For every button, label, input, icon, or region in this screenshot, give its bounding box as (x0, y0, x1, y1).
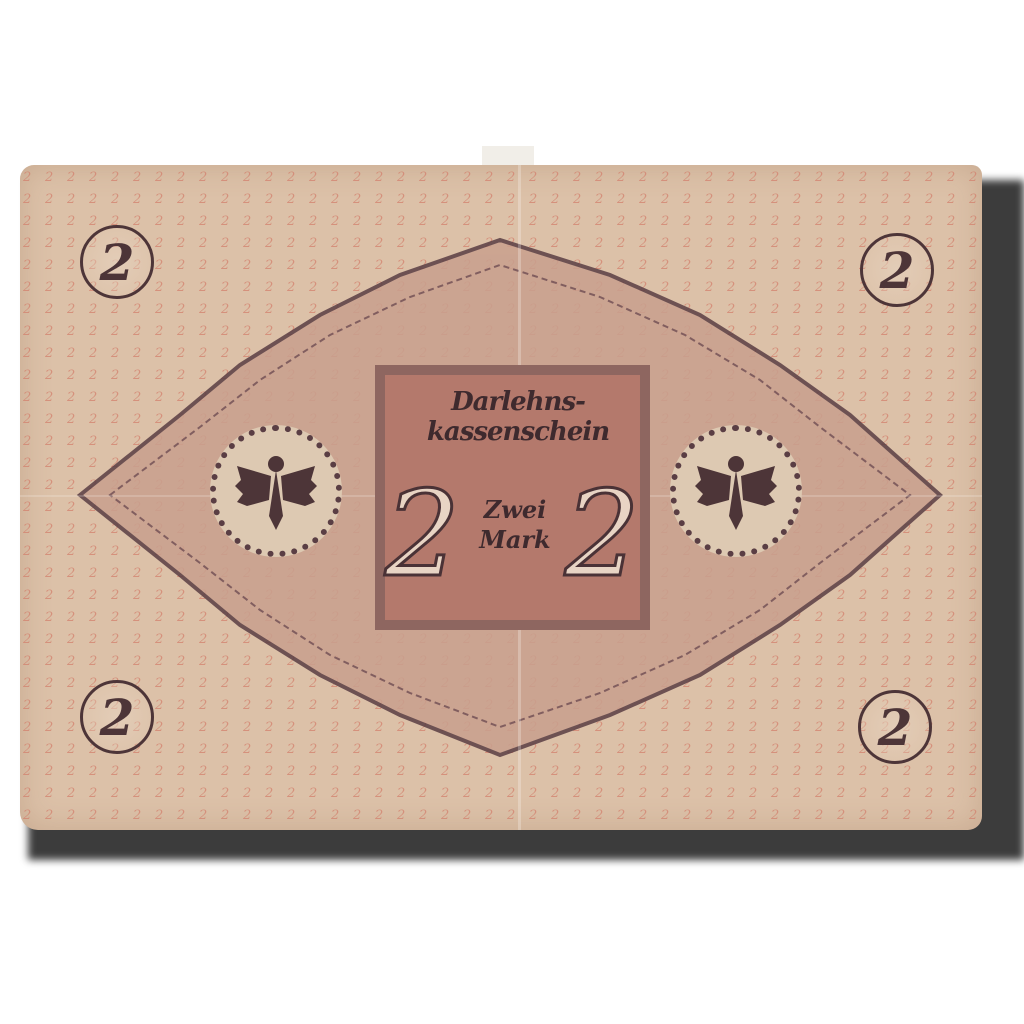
banknote: 2 2 2 2 2 (20, 165, 982, 830)
eagle-medallion-right (670, 425, 802, 557)
denomination: Zwei Mark (455, 495, 575, 555)
numeral-left: 2 (385, 475, 460, 593)
denomination-word-1: Zwei (455, 495, 575, 525)
numeral-right: 2 (565, 475, 640, 593)
corner-numeral-bottom-right: 2 (858, 690, 932, 764)
eagle-icon (691, 446, 781, 536)
title-line-1: Darlehns- (403, 387, 633, 417)
corner-numeral-top-right: 2 (860, 233, 934, 307)
center-panel: Darlehns- kassenschein 2 2 Zwei Mark (375, 365, 650, 630)
denomination-word-2: Mark (455, 525, 575, 555)
title-line-2: kassenschein (403, 417, 633, 447)
corner-numeral-bottom-left: 2 (80, 680, 154, 754)
eagle-icon (231, 446, 321, 536)
eagle-medallion-left (210, 425, 342, 557)
note-title: Darlehns- kassenschein (403, 387, 633, 447)
corner-numeral-top-left: 2 (80, 225, 154, 299)
